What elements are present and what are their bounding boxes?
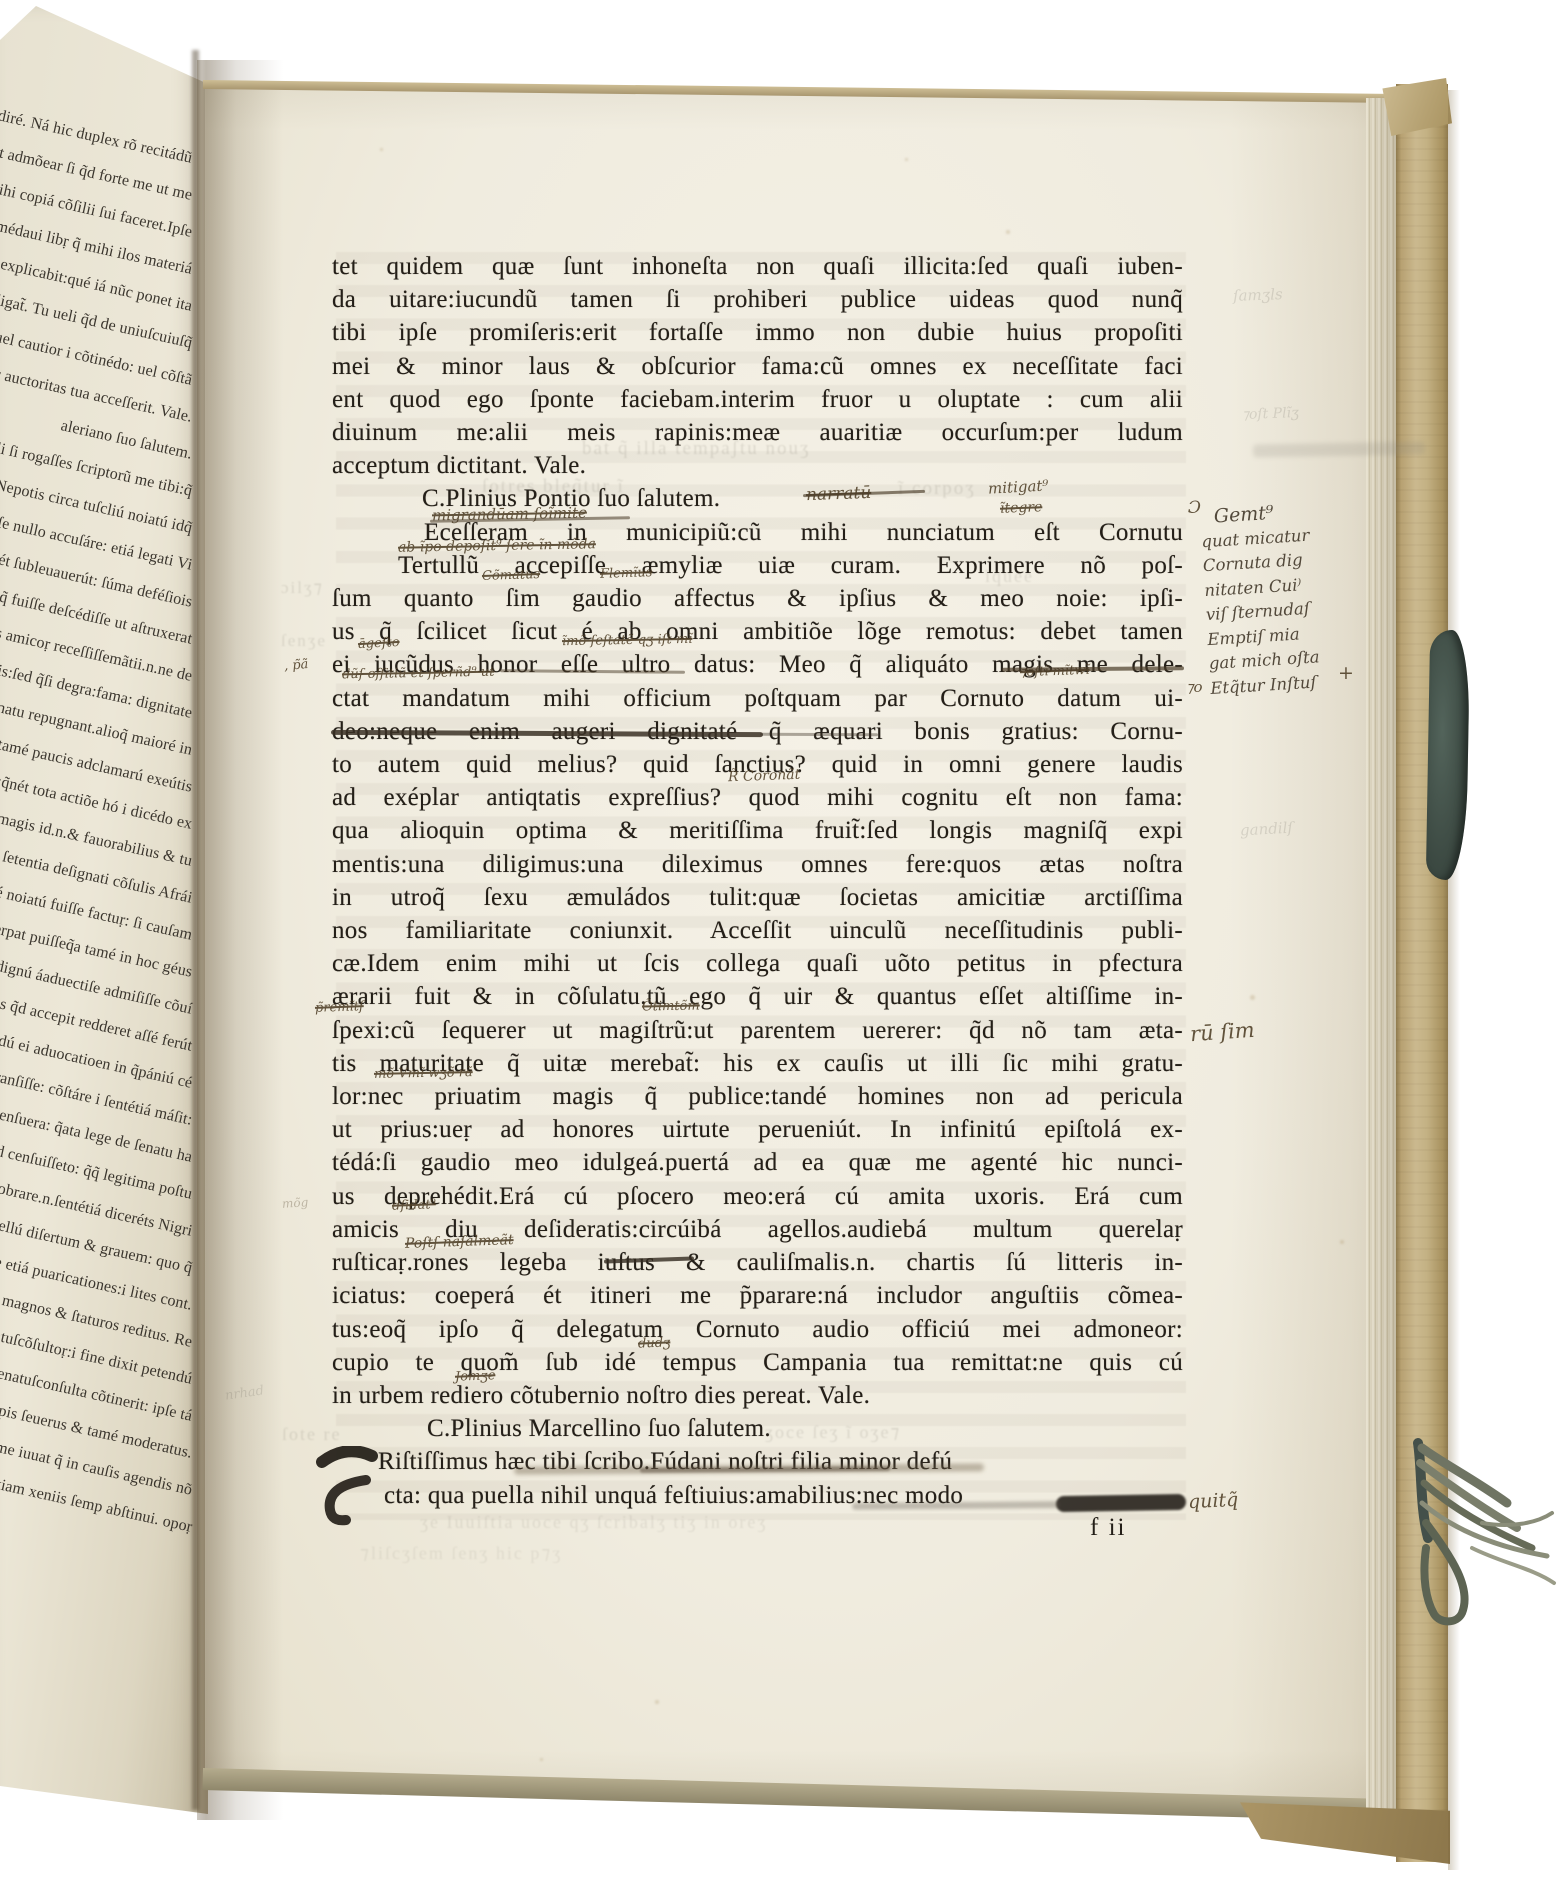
printed-line: Riſtiſſimus hæc tibi ſcribo.Fúdani noſtr…	[332, 1445, 1183, 1478]
printed-line: ad exéplar antiqtatis expreſſius? quod m…	[332, 781, 1183, 814]
printed-line: mei & minor laus & obſcurior fama:cũ omn…	[332, 350, 1183, 383]
printed-line: ærarii fuit & in cõſulatu.tũ ego q̃ uir …	[332, 980, 1183, 1013]
interlinear-note: Jomʒe	[455, 1368, 496, 1384]
interlinear-note: ⁊oſtĩ mĩtwĩ	[1020, 663, 1090, 680]
marginal-flourish: ⁊o	[1186, 678, 1203, 696]
printed-line: ut prius:ueṛ ad honores uirtute perueniú…	[332, 1113, 1183, 1146]
marginal-note: ĩtegre	[1000, 499, 1043, 516]
interlinear-note: mõ Vmĩ wʒõ rã	[374, 1065, 473, 1082]
bleedthrough-text: ʒoce ſeʒ ĩ oʒe⁊	[765, 1422, 901, 1443]
bleedthrough-text: ĩ corpoʒ	[898, 478, 976, 500]
pencil-note: gandilſ	[1240, 819, 1294, 840]
marginal-note: rū ſim	[1189, 1018, 1255, 1046]
frayed-tie	[1412, 1428, 1562, 1628]
marginal-cross: +	[1338, 662, 1354, 684]
bleedthrough-text: ʒe Iuuiſtia uoce qʒ ſcribalʒ tiʒ in oreʒ	[420, 1512, 767, 1533]
printed-line: in utroq̃ ſexu æmuládos tulit:quæ ſociet…	[332, 881, 1183, 914]
interlinear-note: R̃ Coronãt	[728, 767, 801, 786]
interlinear-note: Flemĩus	[600, 565, 653, 582]
interlinear-note: āgeſto	[358, 635, 400, 652]
pencil-note: ſamʒls	[1233, 285, 1283, 305]
bleedthrough-text: ĩquee	[985, 566, 1034, 587]
foxing-spot	[1340, 1240, 1344, 1244]
foxing-spot	[1006, 230, 1010, 234]
marginal-note: quitq̃	[1187, 1489, 1238, 1514]
interlinear-note: Cõmatus	[482, 567, 541, 584]
interlinear-note: Õtimtõm	[642, 998, 700, 1014]
printed-line: ent quod ego ſponte faciebam.interim fru…	[332, 383, 1183, 416]
ink-underline	[760, 733, 878, 737]
gutter-shadow	[197, 60, 312, 1820]
marginal-flourish: Ɔ	[1188, 498, 1201, 518]
foxing-spot	[380, 148, 383, 151]
bleedthrough-text: ſenʒe	[281, 631, 327, 651]
book-photo: ueṛ audiré. Ná hic duplex rõ recitádũalt…	[0, 0, 1565, 1890]
left-page: ueṛ audiré. Ná hic duplex rõ recitádũalt…	[0, 0, 208, 1890]
ink-blot	[1056, 1494, 1186, 1512]
interlinear-note: dũſ offitiũ et ſperñd⁹ ut	[342, 665, 495, 683]
bleedthrough-text: ſotres bleq̃tur ĩ	[482, 476, 625, 498]
marginal-note: mõg	[282, 1195, 309, 1211]
bleedthrough-text: ſote re	[282, 1424, 341, 1445]
printed-line: nos familiaritate coniunxit. Acceſſit ui…	[332, 914, 1183, 947]
interlinear-note: dudʒ	[638, 1335, 671, 1351]
fore-edge-page-stack	[1366, 98, 1398, 1810]
printed-line: tédá:ſi gaudio meo idulgeá.puertá ad ea …	[332, 1146, 1183, 1179]
printed-line: iciatus: coeperá ét itineri me p̃parare:…	[332, 1279, 1183, 1312]
printed-line: us deprehédit.Erá cú pſocero meo:erá cú …	[332, 1180, 1183, 1213]
printed-line: us q̃ ſcilicet ſicut é ab omni ambitiõe …	[332, 615, 1183, 648]
bleedthrough-text: bat q̃ illa tempaʃtu nouʒ	[582, 438, 810, 460]
bleedthrough-text: ɔilʒ⁊	[281, 578, 324, 598]
interlinear-note: dſidat⁹	[392, 1197, 436, 1214]
interlinear-note: p̃remĩtſ	[315, 999, 364, 1016]
printed-line: mentis:una diligimus:una dileximus omnes…	[332, 848, 1183, 881]
printed-line: cæ.Idem enim mihi ut ſcis collega quaſi …	[332, 947, 1183, 980]
printed-line: tus:eoq̃ ipſo q̃ delegatum Cornuto audio…	[332, 1313, 1183, 1346]
marginal-note: , p̃ã	[283, 657, 309, 674]
printed-line: tet quidem quæ ſunt inhoneſta non quaſi …	[332, 250, 1183, 283]
letter-heading-marcellino: C.Plinius Marcellino ſuo ſalutem.	[332, 1412, 1183, 1445]
foxing-spot	[540, 1758, 543, 1761]
manuscript-initial-T	[316, 1446, 380, 1530]
printed-line: ſpexi:cũ ſequerer ut magiſtrũ:ut parente…	[332, 1014, 1183, 1047]
foxing-spot	[655, 1700, 659, 1704]
printed-line: ruſticaṛ.rones legeba iuſtus & cauliſmal…	[332, 1246, 1183, 1279]
foxing-spot	[905, 158, 908, 161]
marginal-note: mitigat⁹	[988, 476, 1049, 497]
bleedthrough-text: ⁊liſcʒſem ſenʒ hic p⁊ʒ	[360, 1543, 562, 1564]
printed-line: tibi ipſe promiſeris:erit fortaſſe immo …	[332, 316, 1183, 349]
margin-note-block: Gemt⁹quat micaturCornuta dignitaten Cui⁾…	[1199, 491, 1446, 701]
quire-signature: f ii	[1090, 1514, 1126, 1542]
printed-line: da uitare:iucundũ tamen ſi prohiberi pub…	[332, 283, 1183, 316]
pencil-note: ⁊oſt Plĩʒ	[1242, 405, 1299, 423]
letter-2-lines: ſum quanto ſim gaudio affectus & ipſius …	[332, 582, 1183, 1412]
left-page-text: ueṛ audiré. Ná hic duplex rõ recitádũalt…	[0, 140, 192, 1546]
interlinear-note: ĩmõ ſeſtatẽ qʒ iſt mĩ	[562, 632, 693, 649]
foxing-spot	[1250, 995, 1255, 1000]
printed-line: ctat mandatum mihi officium poſtquam par…	[332, 682, 1183, 715]
printed-line: qua alioquin optima & meritiſſima fruit̃…	[332, 814, 1183, 847]
printed-line: ſum quanto ſim gaudio affectus & ipſius …	[332, 582, 1183, 615]
printed-line: lor:nec priuatim magis q̃ publice:tandé …	[332, 1080, 1183, 1113]
